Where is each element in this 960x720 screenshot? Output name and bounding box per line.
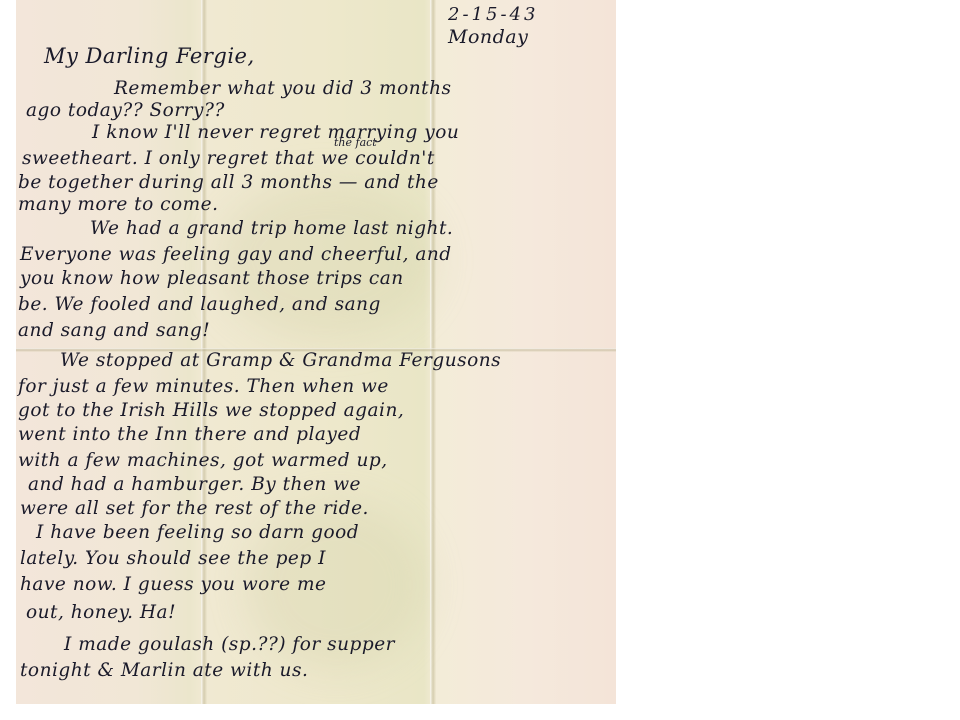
letter-line: many more to come. <box>18 194 219 215</box>
letter-line: got to the Irish Hills we stopped again, <box>18 400 404 421</box>
letter-line: I made goulash (sp.??) for supper <box>64 634 395 655</box>
letter-line: and had a hamburger. By then we <box>28 474 361 495</box>
letter-line: you know how pleasant those trips can <box>20 268 404 289</box>
letter-line: and sang and sang! <box>18 320 210 341</box>
letter-line: out, honey. Ha! <box>26 602 176 623</box>
letter-line: went into the Inn there and played <box>18 424 361 445</box>
letter-line: have now. I guess you wore me <box>20 574 326 595</box>
letter-line: I have been feeling so darn good <box>36 522 359 543</box>
letter-line: We had a grand trip home last night. <box>90 218 453 239</box>
letter-line: We stopped at Gramp & Grandma Fergusons <box>60 350 501 371</box>
handwritten-letter-page: 2-15-43 Monday My Darling Fergie, the fa… <box>16 0 616 704</box>
letter-line: I know I'll never regret marrying you <box>92 122 459 143</box>
letter-date: 2-15-43 <box>448 4 538 25</box>
letter-line: tonight & Marlin ate with us. <box>20 660 308 681</box>
letter-line: lately. You should see the pep I <box>20 548 326 569</box>
letter-line: be together during all 3 months — and th… <box>18 172 439 193</box>
letter-line: ago today?? Sorry?? <box>26 100 225 121</box>
letter-line: be. We fooled and laughed, and sang <box>18 294 381 315</box>
letter-line: Remember what you did 3 months <box>114 78 451 99</box>
letter-line: for just a few minutes. Then when we <box>18 376 389 397</box>
letter-line: Everyone was feeling gay and cheerful, a… <box>20 244 452 265</box>
letter-weekday: Monday <box>448 26 528 48</box>
letter-line: were all set for the rest of the ride. <box>20 498 369 519</box>
letter-line: with a few machines, got warmed up, <box>18 450 388 471</box>
letter-greeting: My Darling Fergie, <box>44 44 255 68</box>
letter-line: sweetheart. I only regret that we couldn… <box>22 148 435 169</box>
